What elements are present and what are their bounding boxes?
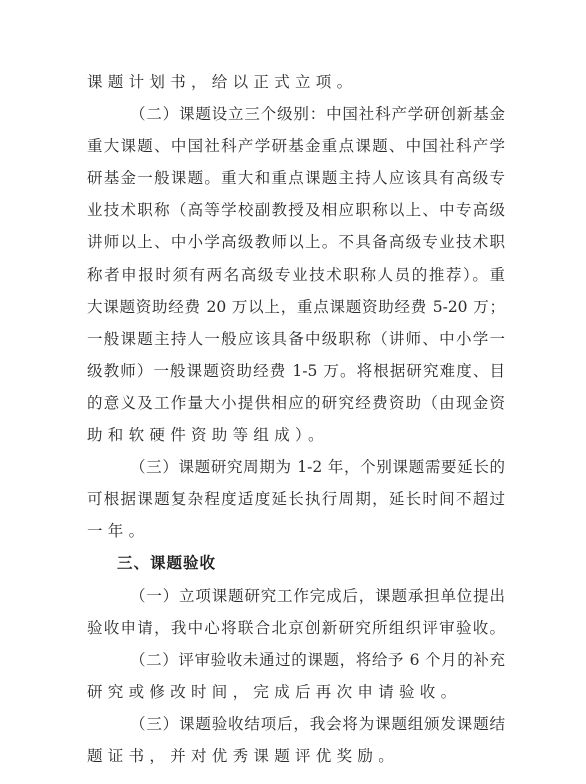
paragraph-line: 课题计划书，给以正式立项。 <box>87 66 505 98</box>
paragraph-line: 级教师）一般课题资助经费 1-5 万。将根据研究难度、目 <box>87 355 505 387</box>
paragraph-line: 一般课题主持人一般应该具备中级职称（讲师、中小学一 <box>87 323 505 355</box>
paragraph-line: （三）课题研究周期为 1-2 年，个别课题需要延长的 <box>87 451 505 483</box>
paragraph-line: （三）课题验收结项后，我会将为课题组颁发课题结 <box>87 708 505 740</box>
paragraph-line: 题证书，并对优秀课题评优奖励。 <box>87 740 505 772</box>
paragraph-line: （二）评审验收未通过的课题，将给予 6 个月的补充 <box>87 644 505 676</box>
paragraph-line: 的意义及工作量大小提供相应的研究经费资助（由现金资 <box>87 387 505 419</box>
section-heading: 三、课题验收 <box>87 547 505 579</box>
paragraph-line: 研究或修改时间，完成后再次申请验收。 <box>87 676 505 708</box>
paragraph-line: 助和软硬件资助等组成）。 <box>87 419 505 451</box>
paragraph-line: 重大课题、中国社科产学研基金重点课题、中国社科产学 <box>87 130 505 162</box>
paragraph-line: （二）课题设立三个级别：中国社科产学研创新基金 <box>87 98 505 130</box>
paragraph-line: 研基金一般课题。重大和重点课题主持人应该具有高级专 <box>87 162 505 194</box>
paragraph-line: 大课题资助经费 20 万以上，重点课题资助经费 5-20 万； <box>87 291 505 323</box>
paragraph-line: 讲师以上、中小学高级教师以上。不具备高级专业技术职 <box>87 226 505 258</box>
paragraph-line: 验收申请，我中心将联合北京创新研究所组织评审验收。 <box>87 612 505 644</box>
paragraph-line: 称者申报时须有两名高级专业技术职称人员的推荐）。重 <box>87 259 505 291</box>
paragraph-line: 可根据课题复杂程度适度延长执行周期，延长时间不超过 <box>87 483 505 515</box>
paragraph-line: 一年。 <box>87 515 505 547</box>
paragraph-line: 业技术职称（高等学校副教授及相应职称以上、中专高级 <box>87 194 505 226</box>
document-page: 课题计划书，给以正式立项。 （二）课题设立三个级别：中国社科产学研创新基金 重大… <box>87 66 505 772</box>
paragraph-line: （一）立项课题研究工作完成后，课题承担单位提出 <box>87 580 505 612</box>
